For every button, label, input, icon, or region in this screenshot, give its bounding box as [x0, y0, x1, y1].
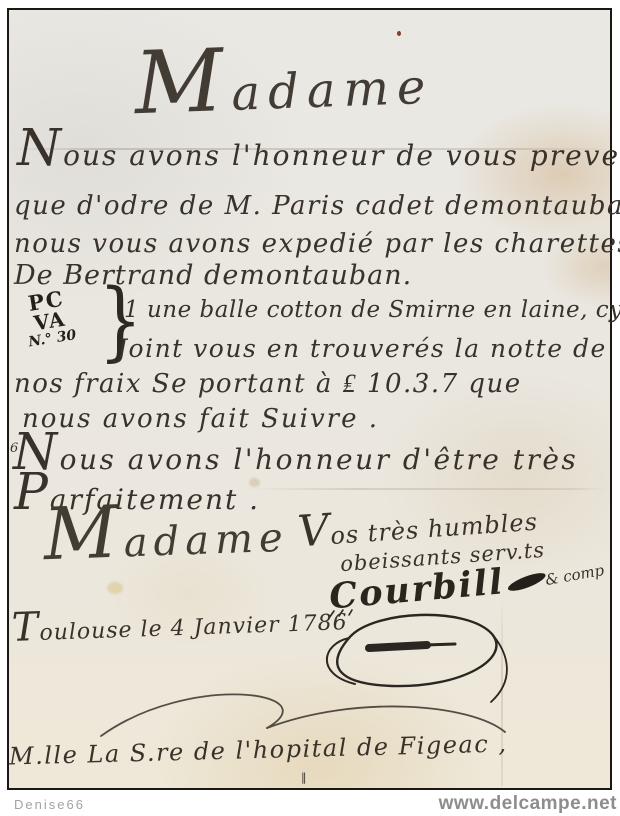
- body-line: Nous avons l'honneur de vous prevenir: [17, 142, 620, 170]
- body-line: Nous avons l'honneur d'être très: [13, 446, 578, 474]
- body-line: 1 une balle cotton de Smirne en laine, c…: [124, 299, 620, 322]
- body-line: nous vous avons expedié par les charette…: [14, 231, 620, 257]
- paper-stain: [107, 582, 123, 594]
- watermark-username: Denise66: [14, 797, 85, 812]
- watermark-site: www.delcampe.net: [439, 793, 617, 815]
- postal-mark: PC VA N.° 30: [21, 287, 77, 350]
- signature-paraph: [507, 570, 548, 595]
- body-line: De Bertrand demontauban.: [14, 262, 412, 289]
- closing-salutation: Madame: [43, 518, 289, 567]
- paper-tick: ‖: [301, 772, 307, 783]
- body-line: nous avons fait Suivre .: [22, 406, 379, 432]
- ink-speck: [397, 31, 401, 36]
- address-line: M.lle La S.re de l'hopital de Figeac ,: [9, 731, 508, 768]
- body-line: que d'odre de M. Paris cadet demontauban: [14, 193, 620, 219]
- letter-scan: Madame Nous avons l'honneur de vous prev…: [7, 8, 612, 790]
- body-line: nos fraix Se portant à ₤ 10.3.7 que: [14, 371, 522, 397]
- page: Madame Nous avons l'honneur de vous prev…: [0, 0, 620, 816]
- fold-crease-middle: [247, 488, 607, 490]
- body-line: Joint vous en trouverés la notte de: [117, 336, 607, 361]
- signature-suffix: & comp: [544, 563, 605, 588]
- salutation: Madame: [134, 63, 434, 121]
